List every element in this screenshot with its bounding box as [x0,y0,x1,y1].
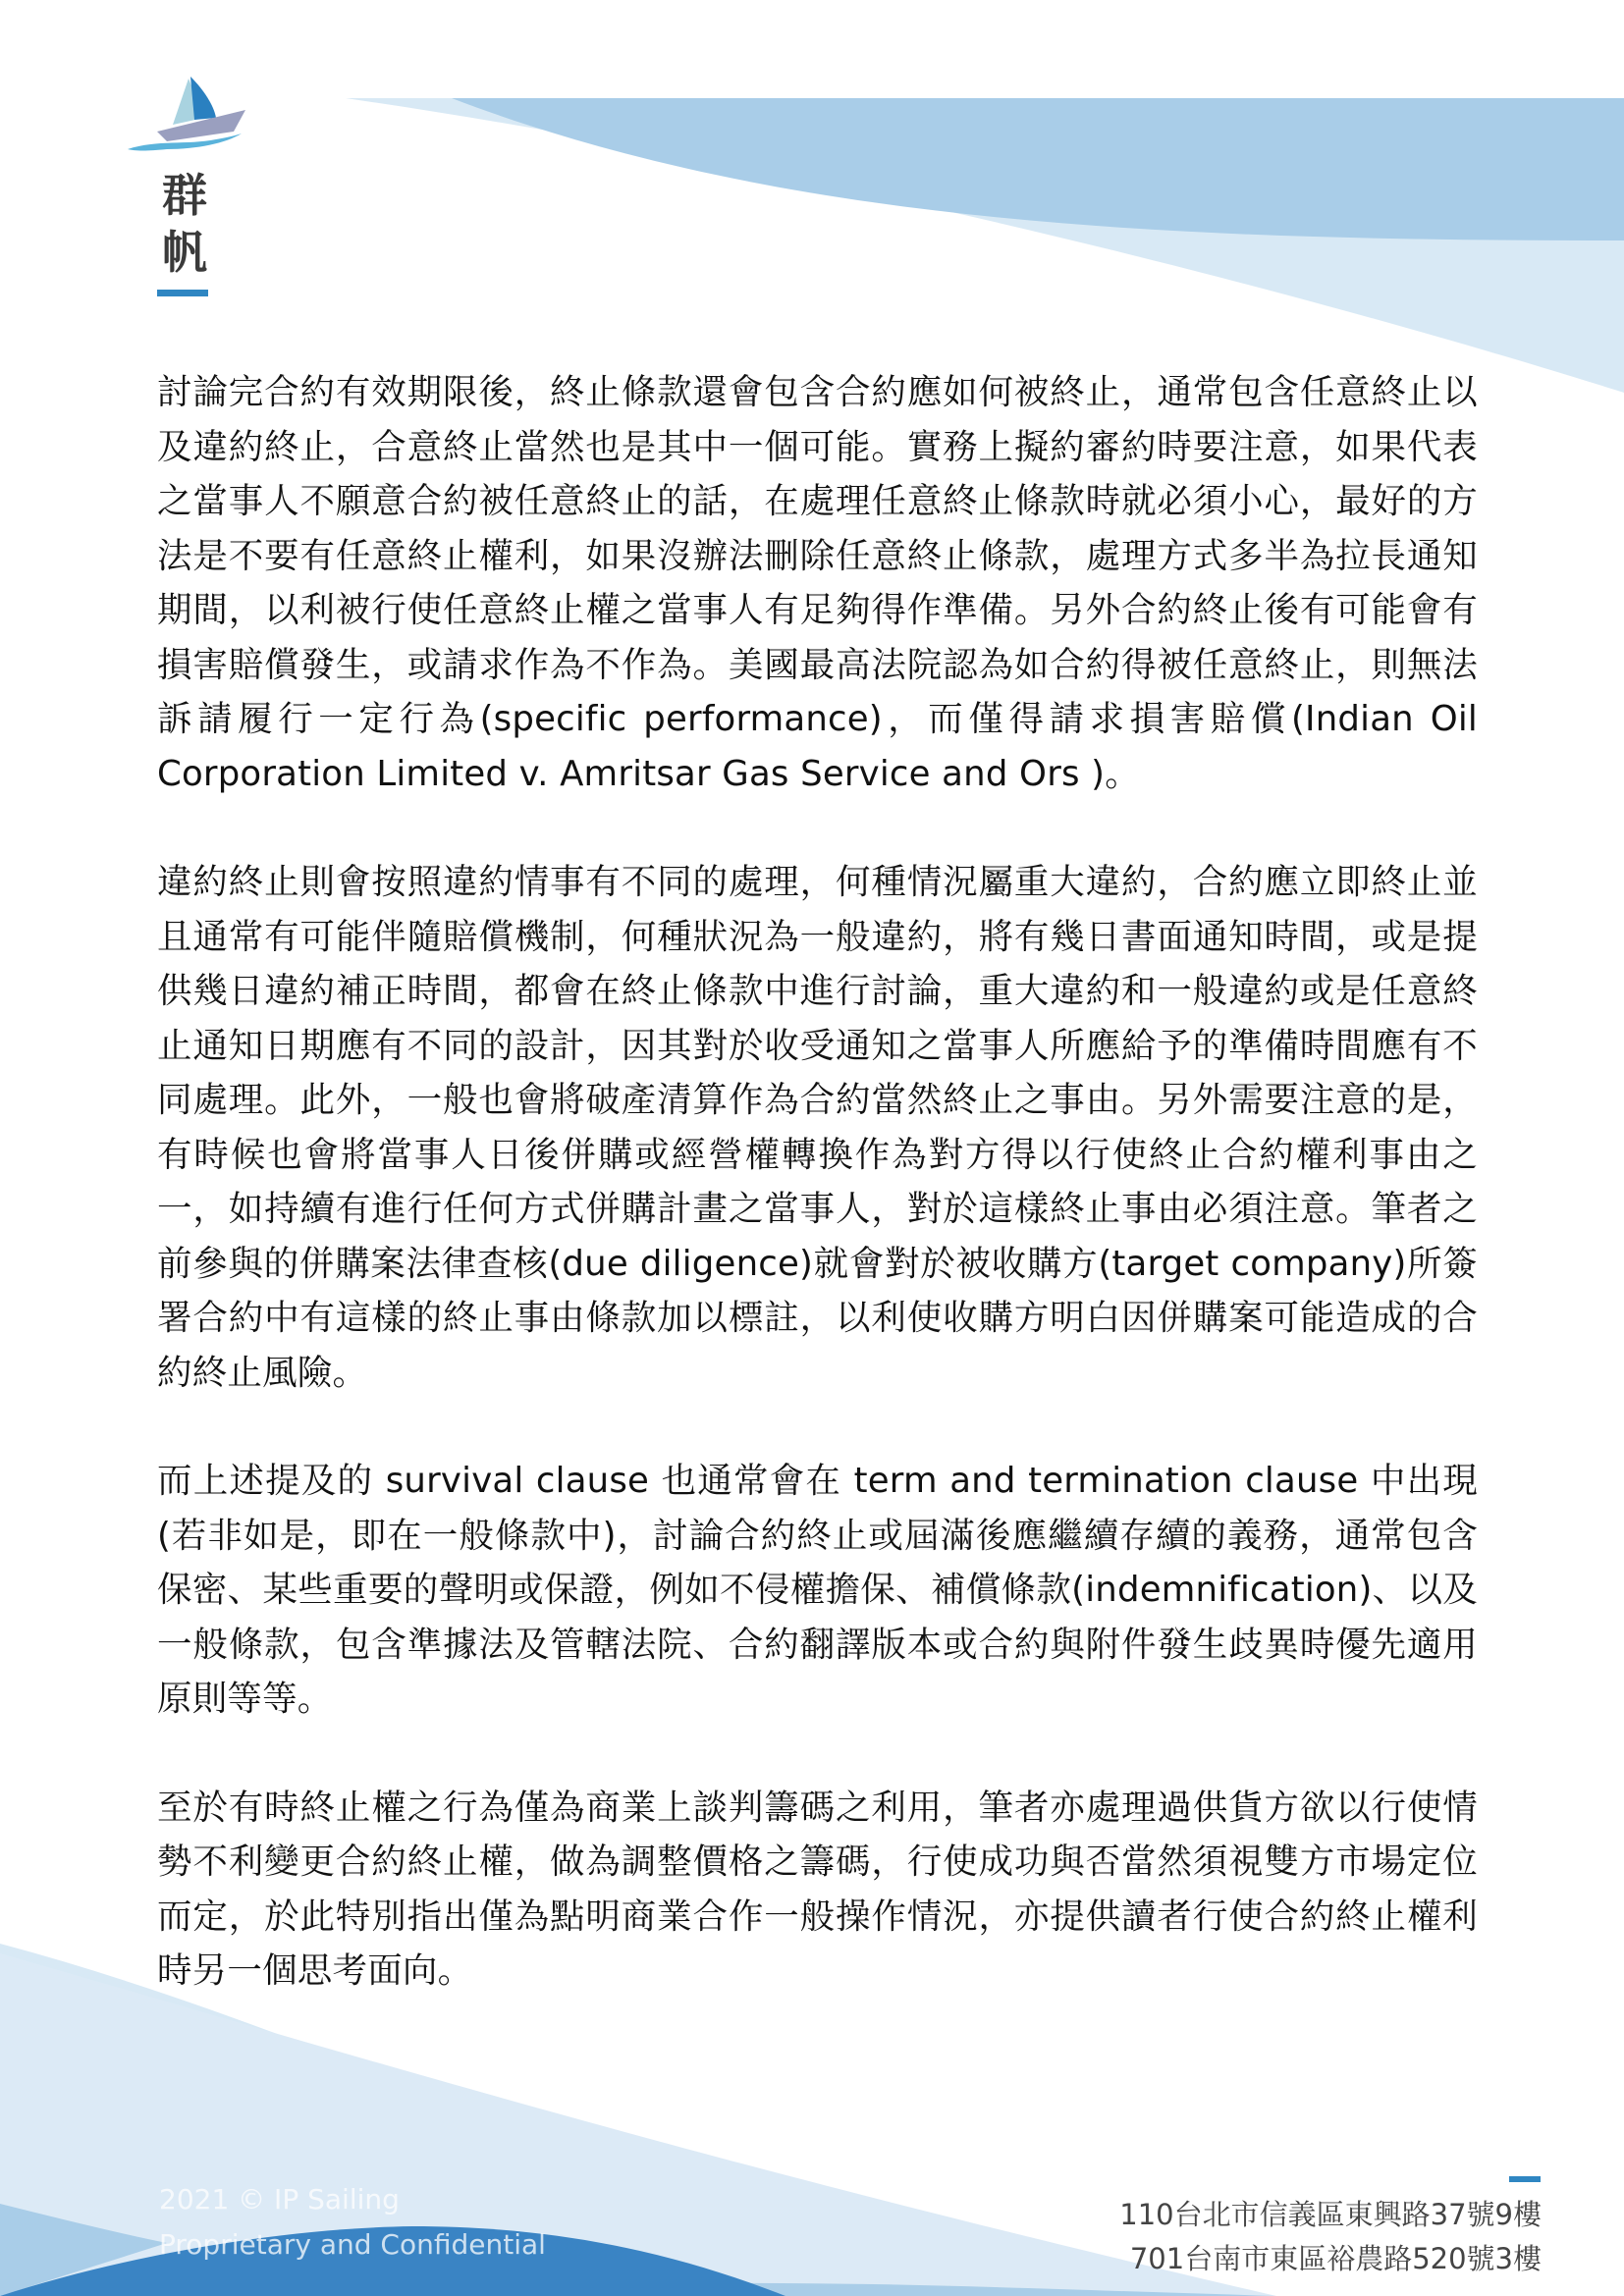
paragraph-breach-termination: 違約終止則會按照違約情事有不同的處理，何種情況屬重大違約，合約應立即終止並且通常… [157,855,1478,1400]
brand-name-char-1: 群 [155,167,214,224]
sailboat-icon [118,71,245,159]
paragraph-survival-clause: 而上述提及的 survival clause 也通常會在 term and te… [157,1454,1478,1727]
copyright-text: 2021 © IP Sailing [159,2177,546,2222]
footer-accent-bar [1509,2176,1541,2182]
article-body: 討論完合約有效期限後，終止條款還會包含合約應如何被終止，通常包含任意終止以及違約… [157,365,1478,2053]
address-tainan: 701台南市東區裕農路520號3樓 [1119,2237,1542,2281]
confidential-text: Proprietary and Confidential [159,2222,546,2268]
address-taipei: 110台北市信義區東興路37號9樓 [1119,2193,1542,2237]
footer-address-block: 110台北市信義區東興路37號9樓 701台南市東區裕農路520號3樓 [1119,2193,1542,2281]
brand-name: 群 帆 [155,167,214,281]
brand-underline [157,290,208,296]
paragraph-termination-methods: 討論完合約有效期限後，終止條款還會包含合約應如何被終止，通常包含任意終止以及違約… [157,365,1478,801]
brand-name-char-2: 帆 [155,224,214,281]
paragraph-negotiation-leverage: 至於有時終止權之行為僅為商業上談判籌碼之利用，筆者亦處理過供貨方欲以行使情勢不利… [157,1781,1478,1999]
footer-copyright-block: 2021 © IP Sailing Proprietary and Confid… [159,2177,546,2268]
